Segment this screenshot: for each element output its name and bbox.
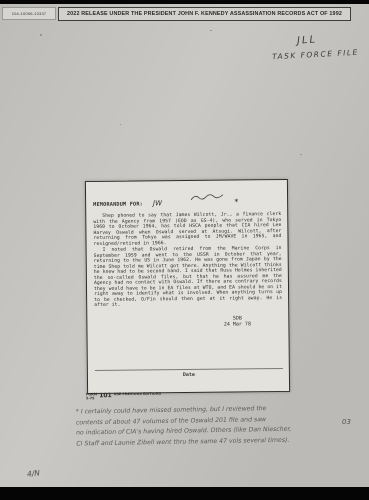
record-number-text: 104-10096-10337 (12, 11, 47, 16)
memo-paragraph-2: I noted that Oswald retired from the Mar… (94, 246, 283, 308)
scan-speck (210, 30, 212, 31)
form-label: FORM 5-75 (86, 393, 97, 400)
form-footer: FORM 5-75 101 USE PREVIOUS EDITIONS (86, 393, 161, 401)
memo-header-label: MEMORANDUM FOR: (93, 201, 143, 208)
scribble-signature (190, 188, 224, 207)
signature-block: SDB 24 Mar 78 (202, 315, 272, 328)
form-date-text: 5-75 (86, 396, 95, 400)
release-banner: 2022 RELEASE UNDER THE PRESIDENT JOHN F.… (58, 7, 351, 21)
handwritten-bottom-left-mark: 4/N (27, 468, 41, 478)
memo-header: MEMORANDUM FOR: JW * (93, 187, 281, 208)
scan-speck (300, 154, 302, 155)
date-field-label: Date (95, 371, 283, 379)
handwritten-task-force-file: TASK FORCE FILE (272, 48, 359, 62)
form-use-previous: USE PREVIOUS EDITIONS (114, 393, 161, 397)
asterisk-mark: * (234, 197, 239, 206)
release-banner-text: 2022 RELEASE UNDER THE PRESIDENT JOHN F.… (67, 11, 342, 17)
record-number: 104-10096-10337 (2, 7, 56, 20)
memorandum-document: MEMORANDUM FOR: JW * Shep phoned to say … (85, 179, 290, 394)
signature-date: 24 Mar 78 (202, 321, 272, 328)
scanned-document-page: 104-10096-10337 2022 RELEASE UNDER THE P… (0, 0, 369, 500)
scan-background: 104-10096-10337 2022 RELEASE UNDER THE P… (0, 4, 369, 487)
memo-paragraph-1: Shep phoned to say that James Wilcott, J… (93, 212, 281, 247)
scan-speck (120, 124, 121, 125)
form-number: 101 (99, 393, 112, 399)
scan-speck (40, 34, 42, 36)
handwritten-footnote: * I certainly could have missed somethin… (76, 403, 359, 450)
memo-addressee-handwritten: JW (153, 199, 162, 207)
bottom-black-bar (0, 487, 369, 500)
handwritten-initials-jll: JLL (297, 34, 318, 46)
handwritten-page-number: 03 (342, 418, 351, 426)
